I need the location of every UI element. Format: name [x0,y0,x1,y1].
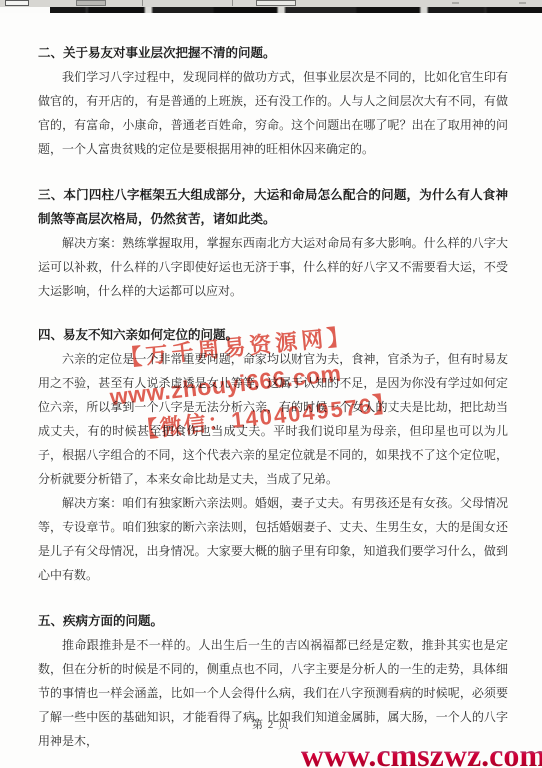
site-url-watermark: www.cmszwz.com [301,739,542,768]
toolbar-button[interactable] [76,0,106,6]
paragraph: 解决方案：咱们有独家断六亲法则。婚姻，妻子丈夫。有男孩还是有女孩。父母情况等，专… [38,491,508,587]
paragraph: 推命跟推卦是不一样的。人出生后一生的吉凶祸福都已经是定数，推卦其实也是定数，但在… [38,633,508,753]
section-2: 二、关于易友对事业层次把握不清的问题。 我们学习八字过程中，发现同样的做功方式，… [38,41,508,161]
section-heading: 二、关于易友对事业层次把握不清的问题。 [38,41,508,65]
page-number: 第 2 页 [0,716,542,732]
section-4: 四、易友不知六亲如何定位的问题。 六亲的定位是一个非常重要问题，命家均以财官为夫… [38,323,508,587]
document-page: 二、关于易友对事业层次把握不清的问题。 我们学习八字过程中，发现同样的做功方式，… [0,13,542,768]
paragraph: 六亲的定位是一个非常重要问题，命家均以财官为夫，食神，官杀为子，但有时易友用之不… [38,347,508,491]
section-3: 三、本门四柱八字框架五大组成部分，大运和命局怎么配合的问题，为什么有人食神制煞等… [38,183,508,303]
toolbar-mark [452,2,459,4]
section-heading: 四、易友不知六亲如何定位的问题。 [38,323,508,347]
section-heading: 五、疾病方面的问题。 [38,609,508,633]
toolbar-strip [0,0,542,7]
section-heading: 三、本门四柱八字框架五大组成部分，大运和命局怎么配合的问题，为什么有人食神制煞等… [38,183,508,231]
toolbar-mark [519,2,526,4]
paragraph: 我们学习八字过程中，发现同样的做功方式，但事业层次是不同的，比如化官生印有做官的… [38,65,508,161]
toolbar-button[interactable] [256,0,296,6]
toolbar-button[interactable] [5,0,29,6]
toolbar-divider [232,0,233,6]
toolbar-divider [142,0,143,6]
paragraph: 解决方案：熟练掌握取用，掌握东西南北方大运对命局有多大影响。什么样的八字大运可以… [38,231,508,303]
